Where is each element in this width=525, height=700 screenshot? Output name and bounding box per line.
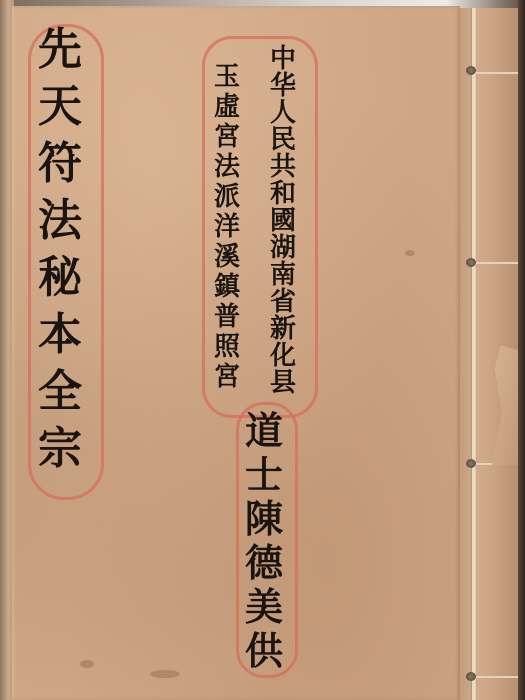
title-char: 先 bbox=[38, 28, 82, 72]
temple-char: 虛 bbox=[214, 94, 240, 120]
location-char: 人 bbox=[270, 100, 296, 126]
binding-stitch bbox=[471, 262, 519, 264]
binding-knot bbox=[466, 258, 476, 267]
location-char: 和 bbox=[270, 181, 296, 207]
location-char: 民 bbox=[270, 127, 296, 153]
temple-char: 普 bbox=[214, 304, 240, 330]
temple-char: 溪 bbox=[214, 244, 240, 270]
signature-char: 德 bbox=[245, 544, 283, 582]
location-char: 國 bbox=[270, 208, 296, 234]
temple-char: 鎮 bbox=[214, 274, 240, 300]
binding-stitch bbox=[471, 676, 519, 678]
location-char: 县 bbox=[270, 370, 296, 396]
paper-stain bbox=[80, 660, 94, 668]
location-char: 省 bbox=[270, 289, 296, 315]
background-right-edge bbox=[518, 0, 525, 700]
location-char: 华 bbox=[270, 73, 296, 99]
cover-title: 先 天 符 法 秘 本 全 宗 bbox=[38, 28, 82, 471]
title-char: 本 bbox=[38, 313, 82, 357]
signature-char: 陳 bbox=[245, 500, 283, 538]
location-char: 湖 bbox=[270, 235, 296, 261]
title-char: 符 bbox=[38, 142, 82, 186]
paper-stain bbox=[405, 250, 415, 256]
title-char: 宗 bbox=[38, 427, 82, 471]
temple-char: 派 bbox=[214, 184, 240, 210]
temple-char: 宮 bbox=[214, 364, 240, 390]
binding-knot bbox=[466, 66, 476, 75]
location-char: 中 bbox=[270, 46, 296, 72]
location-char: 共 bbox=[270, 154, 296, 180]
signature-char: 士 bbox=[245, 456, 283, 494]
temple-char: 玉 bbox=[214, 64, 240, 90]
title-char: 天 bbox=[38, 85, 82, 129]
paper-stain bbox=[150, 670, 180, 678]
spine-fold-line bbox=[475, 8, 476, 700]
binding-stitch bbox=[471, 72, 519, 74]
title-char: 法 bbox=[38, 199, 82, 243]
temple-char: 法 bbox=[214, 154, 240, 180]
signature-char: 美 bbox=[245, 588, 283, 626]
location-char: 新 bbox=[270, 316, 296, 342]
signature-char: 道 bbox=[245, 412, 283, 450]
binding-thread bbox=[471, 8, 475, 700]
location-line: 中 华 人 民 共 和 國 湖 南 省 新 化 县 bbox=[270, 46, 296, 396]
binding-knot bbox=[466, 672, 476, 681]
temple-char: 照 bbox=[214, 334, 240, 360]
location-char: 南 bbox=[270, 262, 296, 288]
location-char: 化 bbox=[270, 343, 296, 369]
title-char: 秘 bbox=[38, 256, 82, 300]
signature-char: 供 bbox=[245, 632, 283, 670]
binding-knot bbox=[466, 459, 476, 468]
signature-line: 道 士 陳 德 美 供 bbox=[245, 412, 283, 670]
title-char: 全 bbox=[38, 370, 82, 414]
temple-char: 洋 bbox=[214, 214, 240, 240]
temple-line: 玉 虛 宮 法 派 洋 溪 鎮 普 照 宮 bbox=[214, 64, 240, 390]
temple-char: 宮 bbox=[214, 124, 240, 150]
